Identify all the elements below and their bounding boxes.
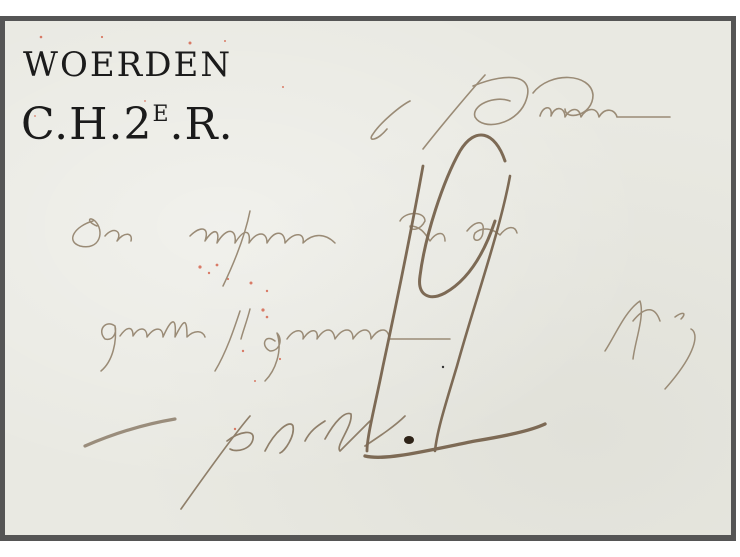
ink-speck <box>442 366 444 368</box>
handwriting-line2 <box>73 211 517 286</box>
ink-flourish-dash <box>85 419 175 446</box>
letter-sheet: WOERDEN C.H.2E.R. <box>5 21 731 535</box>
handwriting-a-madame <box>371 75 670 149</box>
postage-due-19 <box>365 135 545 457</box>
handwriting-layer <box>5 21 731 535</box>
ink-blot <box>404 436 414 444</box>
handwriting-line3 <box>101 301 695 389</box>
